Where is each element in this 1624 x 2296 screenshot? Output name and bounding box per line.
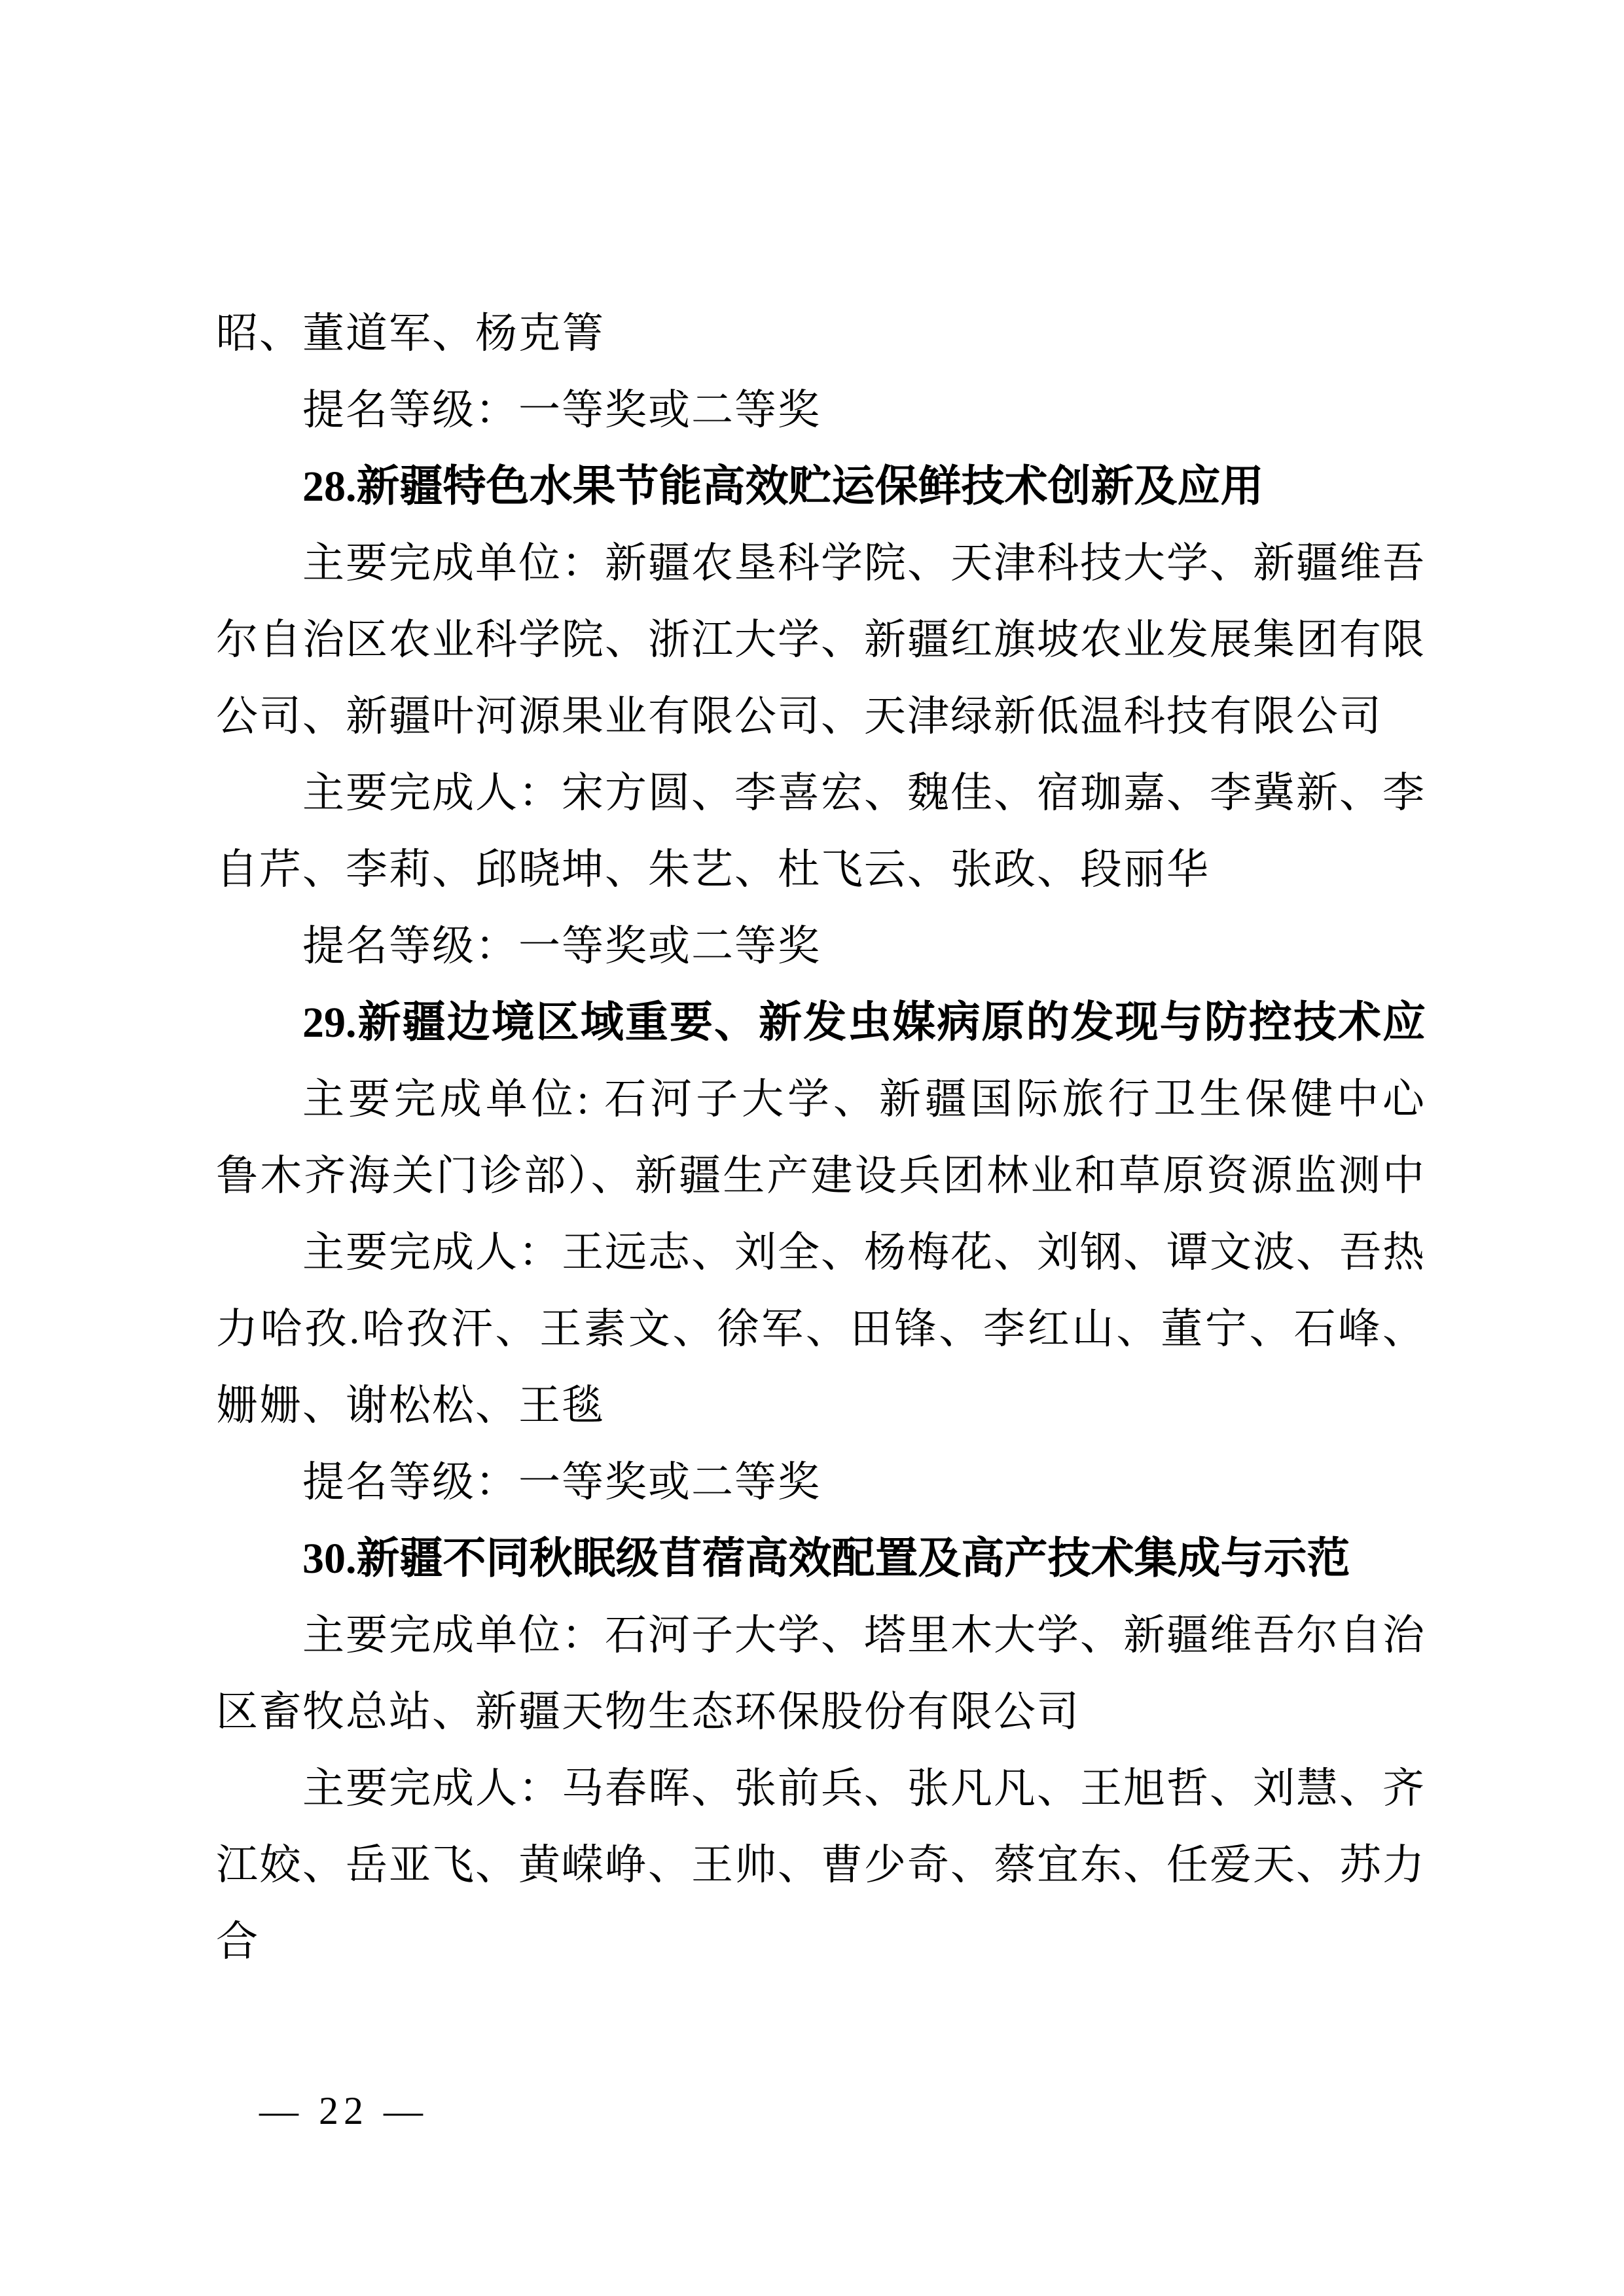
text-line: 提名等级：一等奖或二等奖 (216, 908, 1426, 984)
text-line: 自芹、李莉、邱晓坤、朱艺、杜飞云、张政、段丽华 (216, 831, 1426, 908)
text-line: 姗姗、谢松松、王毯 (216, 1367, 1426, 1444)
text-line: 区畜牧总站、新疆天物生态环保股份有限公司 (216, 1674, 1426, 1750)
text-line: 主要完成单位：石河子大学、塔里木大学、新疆维吾尔自治 (216, 1597, 1426, 1674)
text-line: 合 (216, 1903, 1426, 1980)
section-heading: 29.新疆边境区域重要、新发虫媒病原的发现与防控技术应用 (216, 984, 1426, 1061)
text-line: 昭、董道军、杨克箐 (216, 295, 1426, 372)
text-line: 鲁木齐海关门诊部）、新疆生产建设兵团林业和草原资源监测中心 (216, 1138, 1426, 1214)
text-line: 主要完成人：宋方圆、李喜宏、魏佳、宿珈嘉、李冀新、李 (216, 755, 1426, 831)
text-line: 提名等级：一等奖或二等奖 (216, 372, 1426, 448)
text-line: 主要完成单位: 石河子大学、新疆国际旅行卫生保健中心（乌 (216, 1061, 1426, 1138)
text-line: 尔自治区农业科学院、浙江大学、新疆红旗坡农业发展集团有限 (216, 601, 1426, 678)
text-line: 提名等级：一等奖或二等奖 (216, 1444, 1426, 1520)
document-body: 昭、董道军、杨克箐提名等级：一等奖或二等奖28.新疆特色水果节能高效贮运保鲜技术… (216, 295, 1426, 1980)
text-line: 力哈孜.哈孜汗、王素文、徐军、田锋、李红山、董宁、石峰、赵 (216, 1291, 1426, 1367)
text-line: 主要完成人：马春晖、张前兵、张凡凡、王旭哲、刘慧、齐 (216, 1750, 1426, 1827)
text-line: 主要完成单位：新疆农垦科学院、天津科技大学、新疆维吾 (216, 525, 1426, 601)
text-line: 主要完成人：王远志、刘全、杨梅花、刘钢、谭文波、吾热 (216, 1214, 1426, 1291)
document-page: 昭、董道军、杨克箐提名等级：一等奖或二等奖28.新疆特色水果节能高效贮运保鲜技术… (0, 0, 1624, 2296)
page-number-footer: — 22 — (259, 2078, 428, 2144)
section-heading: 30.新疆不同秋眠级苜蓿高效配置及高产技术集成与示范 (216, 1520, 1426, 1597)
text-line: 江姣、岳亚飞、黄嵘峥、王帅、曹少奇、蔡宜东、任爱天、苏力 (216, 1827, 1426, 1903)
section-heading: 28.新疆特色水果节能高效贮运保鲜技术创新及应用 (216, 448, 1426, 525)
text-line: 公司、新疆叶河源果业有限公司、天津绿新低温科技有限公司 (216, 678, 1426, 755)
